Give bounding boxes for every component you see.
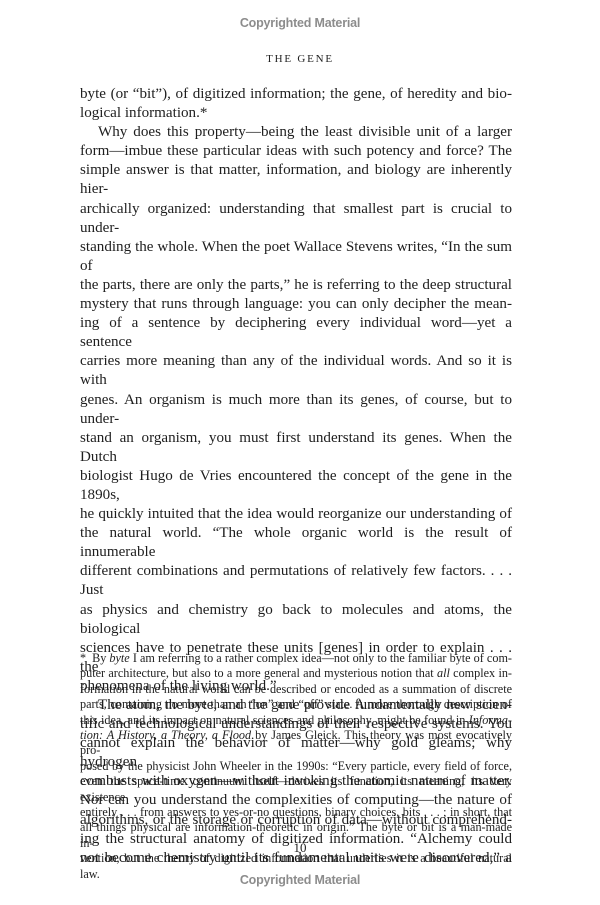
body-line: the parts, there are only the parts,” he… <box>80 276 512 295</box>
footnote-text: By <box>92 651 109 665</box>
body-line: biologist Hugo de Vries encountered the … <box>80 467 512 505</box>
footnote-line: even the space-time continuum itself—der… <box>80 774 512 805</box>
footnote-emphasis: all <box>437 666 450 680</box>
body-line: archically organized: understanding that… <box>80 200 512 238</box>
body-line: different combinations and permutations … <box>80 562 512 600</box>
body-line: logical information.* <box>80 104 512 123</box>
footnote-text: puter architecture, but also to a more g… <box>80 666 437 680</box>
footnote-book-title: Informa- <box>469 713 512 727</box>
footnote-marker: * <box>80 651 86 665</box>
footnote-line: puter architecture, but also to a more g… <box>80 666 512 681</box>
body-line: stand an organism, you must first unders… <box>80 429 512 467</box>
footnote-line: formation in the natural world can be de… <box>80 682 512 697</box>
body-line: Why does this property—being the least d… <box>80 123 512 142</box>
running-head: THE GENE <box>0 53 600 65</box>
footnote-line: entirely . . . from answers to yes-or-no… <box>80 805 512 820</box>
body-line: as physics and chemistry go back to mole… <box>80 601 512 639</box>
page-number: 10 <box>0 840 600 856</box>
footnote-book-title: tion: A History, a Theory, a Flood <box>80 728 251 742</box>
body-line: simple answer is that matter, informatio… <box>80 161 512 199</box>
body-line: byte (or “bit”), of digitized informatio… <box>80 85 512 104</box>
footnote-text: complex in- <box>450 666 512 680</box>
footnote-text: this idea, and its impact on natural sci… <box>80 713 469 727</box>
copyright-watermark-bottom: Copyrighted Material <box>0 873 600 887</box>
body-line: carries more meaning than any of the ind… <box>80 352 512 390</box>
body-line: standing the whole. When the poet Wallac… <box>80 238 512 276</box>
body-line: ing of a sentence by deciphering every i… <box>80 314 512 352</box>
footnote-emphasis: byte <box>109 651 129 665</box>
body-line: he quickly intuited that the idea would … <box>80 505 512 524</box>
footnote-text: I am referring to a rather complex idea—… <box>130 651 512 665</box>
footnote-line: tion: A History, a Theory, a Flood by Ja… <box>80 728 512 759</box>
copyright-watermark-top: Copyrighted Material <box>0 16 600 30</box>
footnote-line: parts, containing no more than an “on” a… <box>80 697 512 712</box>
body-line: genes. An organism is much more than its… <box>80 391 512 429</box>
footnote-line: posed by the physicist John Wheeler in t… <box>80 759 512 774</box>
footnote-line: *By byte I am referring to a rather comp… <box>80 651 512 666</box>
body-line: mystery that runs through language: you … <box>80 295 512 314</box>
footnote-line: this idea, and its impact on natural sci… <box>80 713 512 728</box>
body-line: the natural world. “The whole organic wo… <box>80 524 512 562</box>
body-line: form—imbue these particular ideas with s… <box>80 142 512 161</box>
